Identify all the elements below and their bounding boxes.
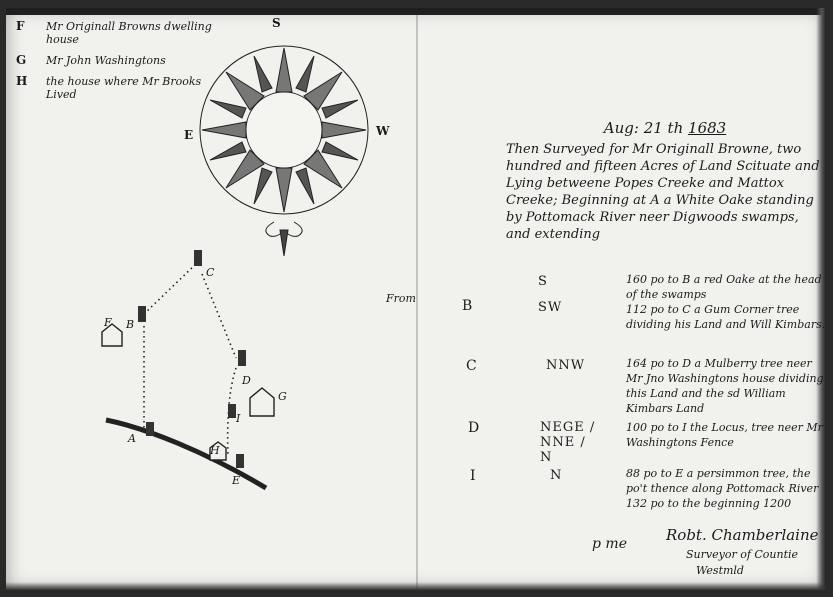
course-description: 164 po to D a Mulberry tree neer Mr Jno … <box>626 356 826 416</box>
legend-text: Mr John Washingtons <box>46 54 216 67</box>
compass-east-label: E <box>184 128 193 142</box>
survey-text: Then Surveyed for Mr Originall Browne, t… <box>506 141 824 243</box>
signature-prefix: p me <box>592 536 627 552</box>
plat-point-g: G <box>278 390 287 403</box>
plat-point-a: A <box>128 432 136 445</box>
compass-west-label: W <box>376 124 389 138</box>
date-day: 21 th <box>644 119 684 137</box>
date-year: 1683 <box>688 119 726 137</box>
page-fold <box>416 14 418 590</box>
from-label: From <box>386 292 416 305</box>
legend-letter: G <box>16 54 46 67</box>
date-month: Aug: <box>604 119 639 137</box>
legend-row: F Mr Originall Browns dwelling house <box>16 20 216 46</box>
plat-point-f: F <box>104 316 112 329</box>
compass-rose-icon <box>196 16 396 256</box>
legend-row: H the house where Mr Brooks Lived <box>16 75 216 101</box>
course-bearing: N <box>550 468 562 483</box>
signature-county: Westmld <box>696 564 744 577</box>
course-description: 88 po to E a persimmon tree, the po't th… <box>626 466 826 511</box>
compass-south-label: S <box>272 16 281 30</box>
plat-point-e: E <box>232 474 240 487</box>
plat-point-c: C <box>206 266 214 279</box>
course-from-point: I <box>470 468 476 484</box>
compass-rose: S E W <box>196 16 396 256</box>
legend-row: G Mr John Washingtons <box>16 54 216 67</box>
course-bearing: S <box>538 274 548 289</box>
plat-point-d: D <box>242 374 251 387</box>
plat-lines-icon <box>86 238 306 498</box>
legend-text: Mr Originall Browns dwelling house <box>46 20 216 46</box>
signature-title: Surveyor of Countie <box>686 548 798 561</box>
course-description: 100 po to I the Locus, tree neer Mr Wash… <box>626 420 826 450</box>
page-bottom-edge <box>6 582 826 590</box>
plat-point-i: I <box>236 412 240 425</box>
signature-name: Robt. Chamberlaine <box>666 526 819 544</box>
course-from-point: D <box>468 420 479 436</box>
course-from-point: B <box>462 298 472 314</box>
course-bearing: NEGE / NNE / N <box>540 420 600 465</box>
legend: F Mr Originall Browns dwelling house G M… <box>16 20 216 109</box>
course-description: 112 po to C a Gum Corner tree dividing h… <box>626 302 826 332</box>
legend-text: the house where Mr Brooks Lived <box>46 75 216 101</box>
course-bearing: NNW <box>546 358 585 373</box>
survey-date: Aug: 21 th 1683 <box>506 120 824 137</box>
plat-drawing: C B F D G I A H E <box>86 238 306 498</box>
course-description: 160 po to B a red Oake at the head of th… <box>626 272 826 302</box>
plat-point-b: B <box>126 318 134 331</box>
course-from-point: C <box>466 358 477 374</box>
legend-letter: F <box>16 20 46 46</box>
course-bearing: SW <box>538 300 562 315</box>
survey-header: Aug: 21 th 1683 Then Surveyed for Mr Ori… <box>506 120 824 243</box>
plat-point-h: H <box>210 444 220 457</box>
survey-document: F Mr Originall Browns dwelling house G M… <box>6 8 826 590</box>
legend-letter: H <box>16 75 46 101</box>
